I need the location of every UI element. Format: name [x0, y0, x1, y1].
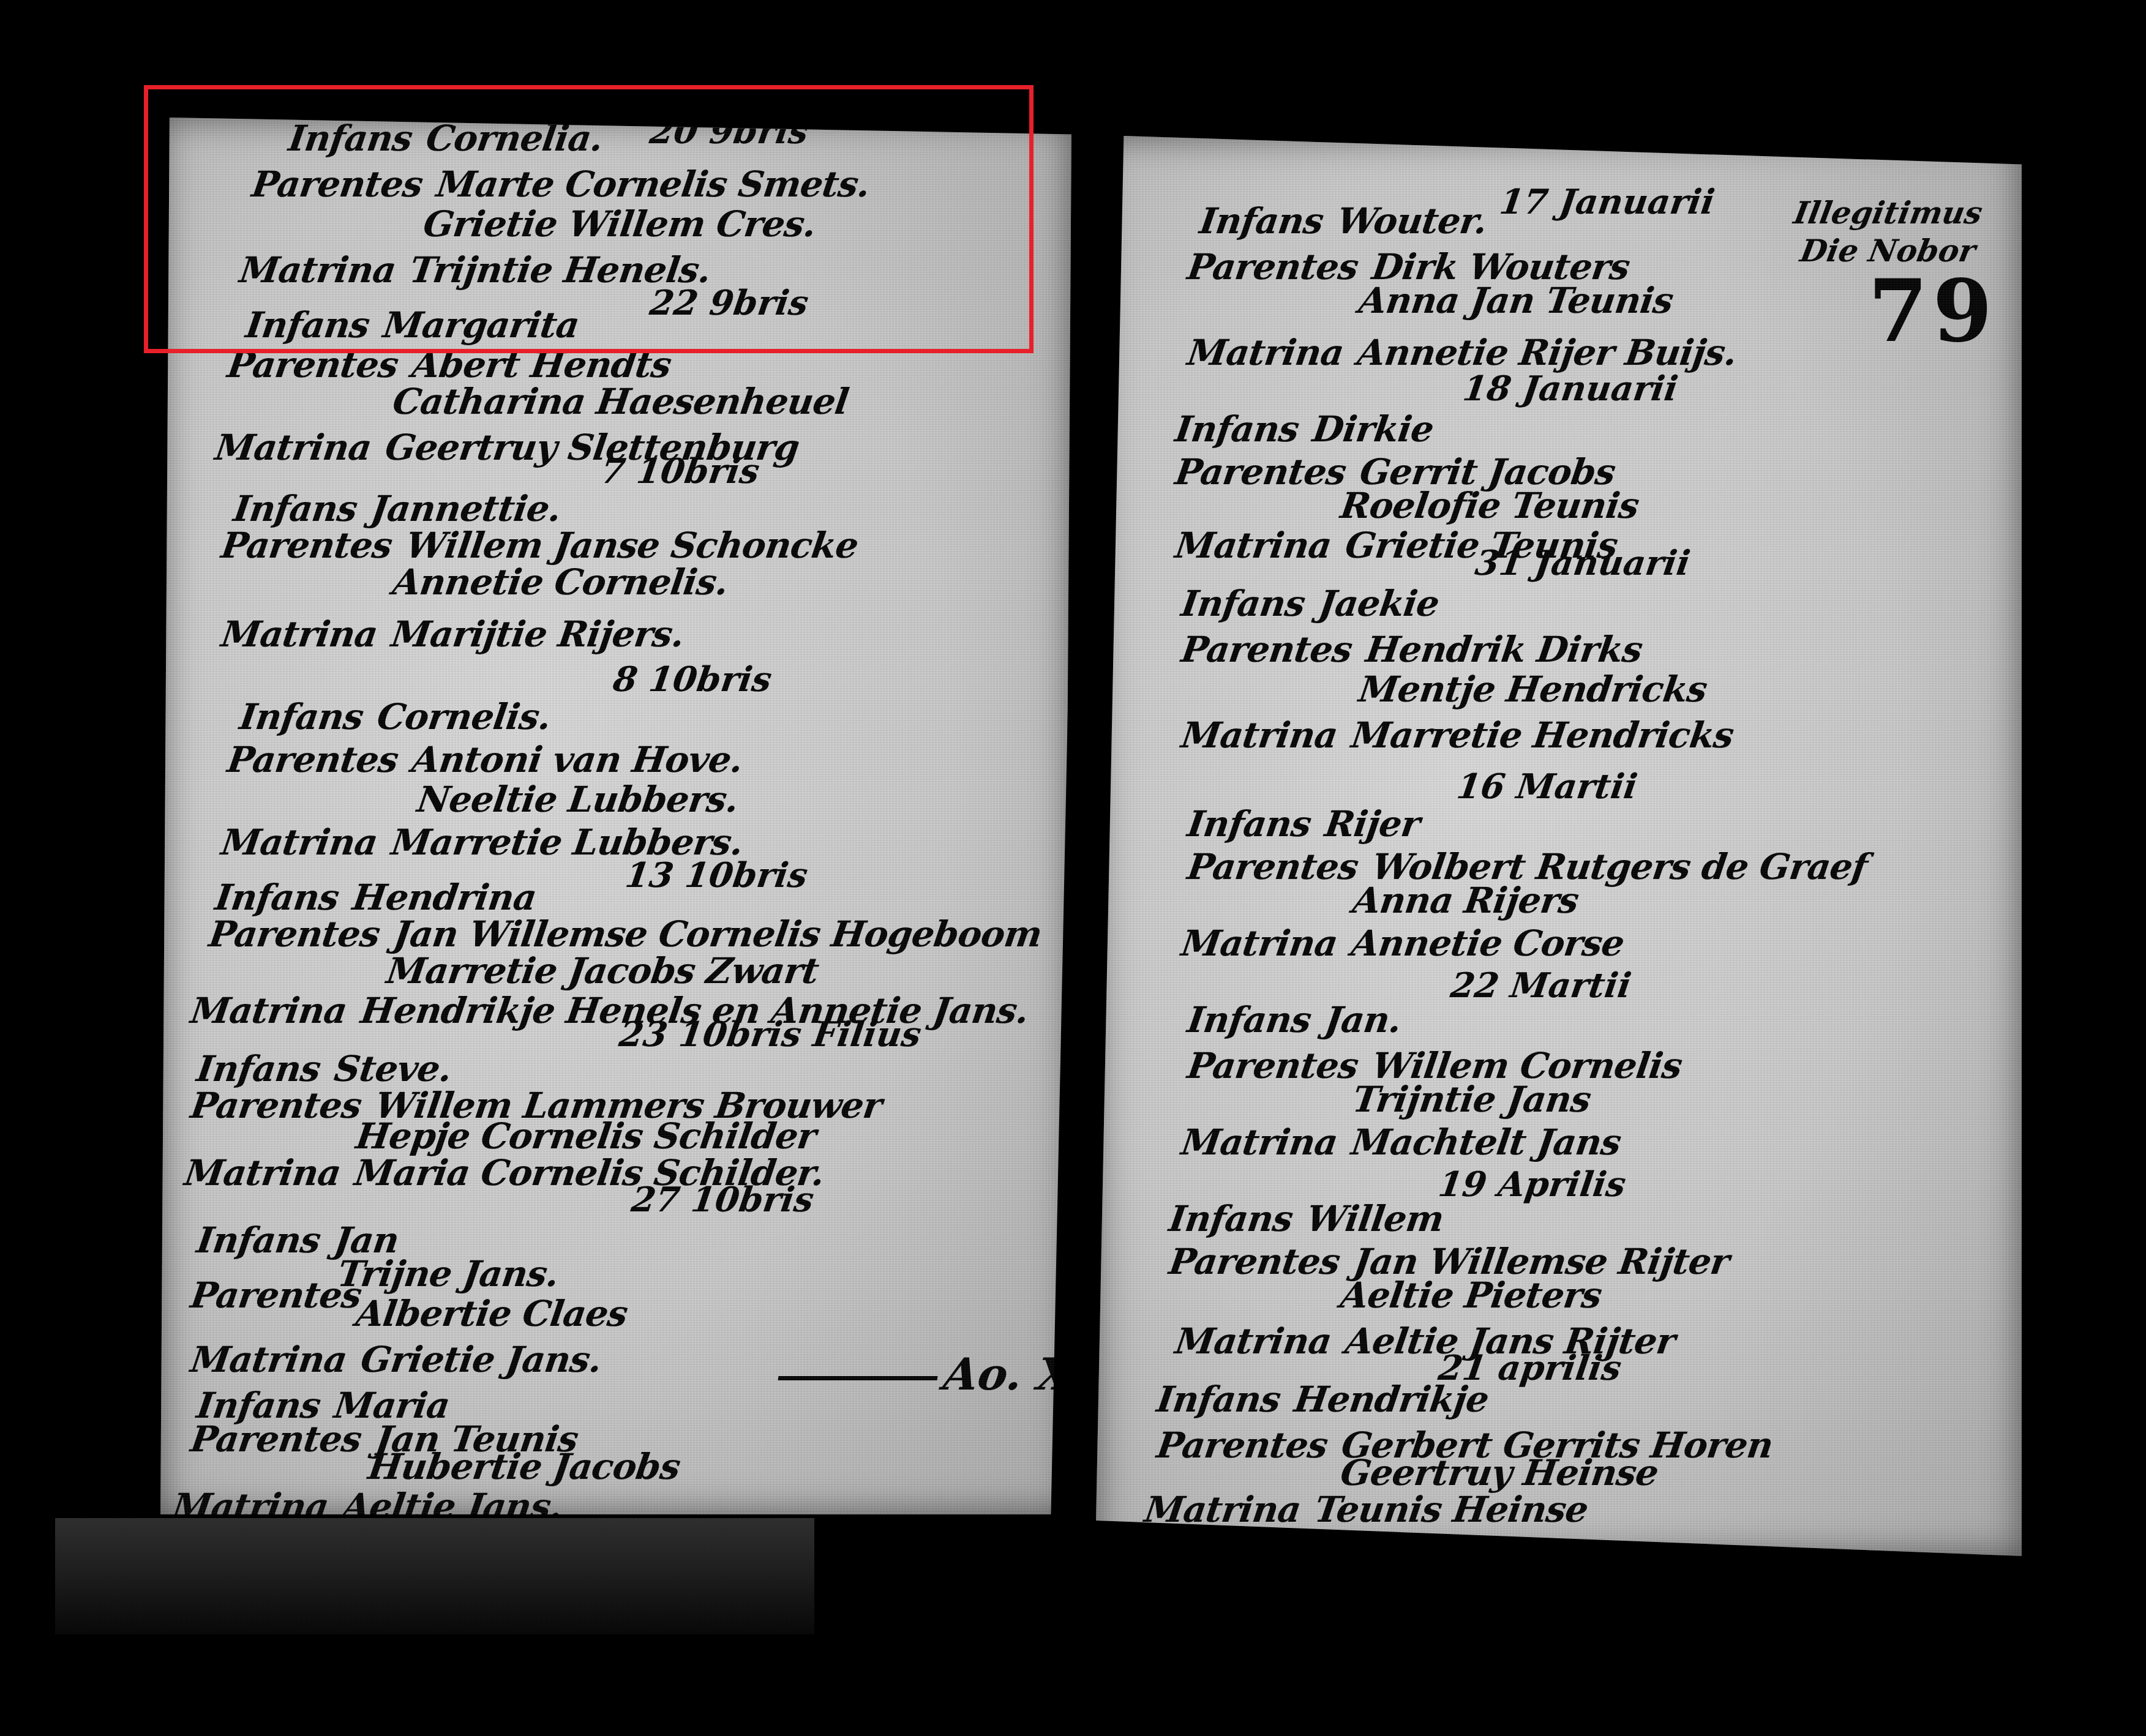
mother-line: Trijntie Jans	[1350, 1079, 1593, 1120]
infans-label: Infans	[1166, 1198, 1295, 1240]
parentes-line: ParentesAntoni van Hove.	[225, 739, 745, 780]
left-page-entries: 20 9bris InfansCornelia. ParentesMarte C…	[160, 118, 1071, 1514]
mother-line: Anna Rijers	[1350, 880, 1581, 921]
parentes-label: Parentes	[188, 1274, 364, 1316]
father-name: Jan Willemse Cornelis Hogeboom	[391, 913, 1045, 955]
child-name: Margarita	[381, 304, 582, 346]
parentes-line: ParentesAbert Hendts	[225, 344, 673, 386]
infans-label: Infans	[212, 877, 341, 918]
mother-line: Geertruy Heinse	[1338, 1452, 1660, 1494]
entry-date: 23 10bris Filius	[617, 1014, 923, 1055]
parentes-label: Parentes	[188, 1085, 364, 1126]
matrina-line: MatrinaAnnetie Corse	[1179, 922, 1627, 964]
infans-line: InfansWillem	[1166, 1198, 1446, 1240]
matrina-label: Matrina	[188, 1339, 349, 1380]
matrina-label: Matrina	[188, 990, 349, 1031]
child-name: Rijer	[1322, 803, 1422, 845]
entry-date: 22 9bris	[647, 283, 811, 323]
infans-line: InfansDirkie	[1172, 408, 1436, 450]
entry-date: 13 10bris	[623, 855, 810, 896]
godmother-name: Teunis Heinse	[1312, 1489, 1591, 1530]
godmother-name: Annetie Rijer Buijs.	[1355, 332, 1739, 373]
matrina-label: Matrina	[1172, 525, 1334, 566]
infans-label: Infans	[1154, 1379, 1283, 1420]
left-page: 20 9bris InfansCornelia. ParentesMarte C…	[160, 118, 1071, 1514]
child-name: Hendrina	[350, 877, 539, 918]
mother-line: Hepje Cornelis Schilder	[353, 1115, 819, 1157]
right-page-entries: 17 Januarii InfansWouter. ParentesDirk W…	[1096, 136, 2022, 1556]
entry-date: 22 Martii	[1448, 965, 1634, 1006]
infans-label: Infans	[1172, 408, 1301, 450]
year-text: Ao. Xi 1740	[940, 1348, 1071, 1400]
matrina-label: Matrina	[182, 1152, 343, 1194]
matrina-line: MatrinaGrietie Jans.	[188, 1339, 604, 1380]
child-name: Hendrikje	[1292, 1379, 1491, 1420]
parentes-label: Parentes	[225, 739, 400, 780]
parentes-label: Parentes	[1154, 1424, 1330, 1466]
entry-date: 7 10bris	[598, 451, 762, 492]
godmother-name: Aeltie Jans.	[340, 1486, 565, 1514]
infans-line: InfansHendrina	[212, 877, 539, 918]
mother-line: Annetie Cornelis.	[390, 561, 730, 603]
parentes-label: Parentes	[225, 344, 400, 386]
entry-date: 17 Januarii	[1497, 182, 1717, 222]
infans-label: Infans	[194, 1219, 323, 1261]
parentes-label: Parentes	[1166, 1241, 1342, 1282]
infans-line: InfansRijer	[1185, 803, 1422, 845]
godmother-name: Grietie Jans.	[358, 1339, 604, 1380]
entry-date: 27 10bris	[629, 1180, 816, 1220]
matrina-label: Matrina	[219, 821, 380, 863]
matrina-line: MatrinaAnnetie Rijer Buijs.	[1185, 332, 1739, 373]
matrina-label: Matrina	[1179, 1121, 1340, 1163]
infans-line: InfansWouter.	[1197, 200, 1490, 242]
mother-line: Anna Jan Teunis	[1356, 280, 1675, 321]
mother-line: Grietie Willem Cres.	[421, 203, 819, 245]
infans-label: Infans	[1179, 583, 1307, 624]
matrina-line: MatrinaTrijntie Henels.	[237, 249, 713, 291]
matrina-line: MatrinaTeunis Heinse	[1142, 1489, 1591, 1530]
infans-line: InfansCornelis.	[237, 696, 553, 738]
godmother-name: Machtelt Jans	[1349, 1121, 1623, 1163]
parentes-label: Parentes	[249, 163, 425, 205]
infans-label: Infans	[237, 696, 366, 738]
infans-label: Infans	[1185, 999, 1313, 1041]
matrina-line: MatrinaMachtelt Jans	[1179, 1121, 1623, 1163]
entry-date: 31 Januarii	[1473, 543, 1692, 583]
father-name: Abert Hendts	[410, 344, 673, 386]
infans-label: Infans	[286, 118, 415, 159]
child-name: Willem	[1304, 1198, 1446, 1240]
father-name: Antoni van Hove.	[410, 739, 746, 780]
child-name: Steve.	[332, 1048, 454, 1090]
infans-label: Infans	[1185, 803, 1313, 845]
godmother-name: Marretie Hendricks	[1349, 714, 1736, 756]
year-rule-line	[778, 1376, 938, 1380]
infans-line: InfansJan.	[1185, 999, 1404, 1041]
father-name: Willem Janse Schoncke	[403, 525, 861, 566]
infans-label: Infans	[1197, 200, 1326, 242]
child-name: Wouter.	[1335, 200, 1490, 242]
child-name: Jannettie.	[369, 488, 564, 529]
parentes-line: ParentesWillem Janse Schoncke	[219, 525, 860, 566]
parentes-label: Parentes	[1185, 1045, 1360, 1087]
infans-line: InfansHendrikje	[1154, 1379, 1491, 1420]
parentes-line: ParentesJan Willemse Cornelis Hogeboom	[206, 913, 1044, 955]
mother-line: Hubertie Jacobs	[366, 1446, 683, 1487]
parentes-label: Parentes	[206, 913, 382, 955]
matrina-label: Matrina	[1172, 1320, 1334, 1362]
matrina-line: MatrinaAeltie Jans.	[170, 1486, 565, 1514]
scan-shadow-strip	[55, 1518, 814, 1634]
infans-label: Infans	[243, 304, 372, 346]
parentes-label: Parentes	[1172, 451, 1348, 493]
father-name: Hendrik Dirks	[1364, 629, 1645, 670]
godmother-name: Marijtie Rijers.	[389, 613, 686, 655]
mother-line: Catharina Haesenheuel	[390, 381, 851, 422]
parentes-label: Parentes	[1185, 246, 1360, 288]
godmother-name: Annetie Corse	[1349, 922, 1627, 964]
entry-date: 19 Aprilis	[1436, 1164, 1628, 1205]
child-name: Dirkie	[1310, 408, 1436, 450]
matrina-label: Matrina	[1185, 332, 1346, 373]
entry-date: 8 10bris	[610, 659, 774, 700]
matrina-label: Matrina	[1179, 714, 1340, 756]
infans-line: InfansSteve.	[194, 1048, 454, 1090]
infans-label: Infans	[231, 488, 359, 529]
infans-line: InfansJannettie.	[231, 488, 563, 529]
parentes-label: Parentes	[1179, 629, 1354, 670]
matrina-label: Matrina	[219, 613, 380, 655]
year-annotation: Ao. Xi 1740	[775, 1348, 1071, 1400]
parentes-label: Parentes	[1185, 846, 1360, 888]
child-name: Jaekie	[1316, 583, 1442, 624]
infans-line: InfansJaekie	[1179, 583, 1441, 624]
matrina-label: Matrina	[1179, 922, 1340, 964]
matrina-label: Matrina	[237, 249, 398, 291]
infans-label: Infans	[194, 1048, 323, 1090]
matrina-line: MatrinaMarretie Hendricks	[1179, 714, 1736, 756]
child-name: Jan.	[1322, 999, 1404, 1041]
right-page: Illegitimus Die Nobor 79 17 Januarii Inf…	[1096, 136, 2022, 1556]
matrina-line: MatrinaMarijtie Rijers.	[219, 613, 686, 655]
parentes-line: ParentesMarte Cornelis Smets.	[249, 163, 872, 205]
matrina-label: Matrina	[212, 427, 373, 468]
mother-line: Neeltie Lubbers.	[415, 779, 741, 820]
entry-date: 16 Martii	[1454, 766, 1640, 807]
matrina-label: Matrina	[170, 1486, 331, 1514]
mother-line: Aeltie Pieters	[1338, 1274, 1604, 1316]
mother-line: Roelofie Teunis	[1338, 485, 1641, 526]
parentes-label: Parentes	[188, 1418, 364, 1460]
parentes-line: ParentesHendrik Dirks	[1179, 629, 1645, 670]
child-name: Cornelis.	[375, 696, 553, 738]
mother-line: Albertie Claes	[353, 1293, 630, 1334]
mother-line: Marretie Jacobs Zwart	[384, 950, 821, 992]
father-name: Marte Cornelis Smets.	[434, 163, 872, 205]
mother-line: Mentje Hendricks	[1356, 668, 1709, 710]
parentes-line: Parentes	[188, 1274, 378, 1316]
parentes-label: Parentes	[219, 525, 394, 566]
entry-date: 18 Januarii	[1460, 369, 1680, 409]
infans-line: InfansMargarita	[243, 304, 582, 346]
